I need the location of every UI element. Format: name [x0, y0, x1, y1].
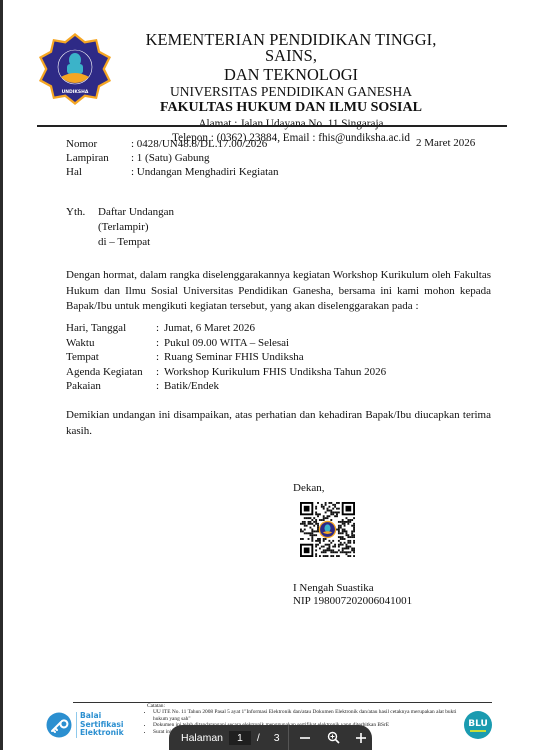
detail-row: Pakaian:Batik/Endek	[66, 379, 386, 394]
bse-text: Balai Sertifikasi Elektronik	[76, 712, 124, 737]
event-details: Hari, Tanggal:Jumat, 6 Maret 2026 Waktu:…	[66, 321, 386, 394]
meta-row-nomor: Nomor : 0428/UN48.8/DL.17.00/2026	[66, 137, 279, 151]
detail-row: Waktu:Pukul 09.00 WITA – Selesai	[66, 336, 386, 351]
zoom-out-button[interactable]	[295, 727, 317, 749]
opening-paragraph: Dengan hormat, dalam rangka diselenggara…	[66, 268, 491, 315]
zoom-fit-button[interactable]	[322, 727, 344, 749]
detail-value: Workshop Kurikulum FHIS Undiksha Tahun 2…	[164, 365, 386, 380]
meta-value: : 0428/UN48.8/DL.17.00/2026	[131, 137, 267, 151]
page-label: Halaman	[181, 732, 223, 744]
closing-paragraph: Demikian undangan ini disampaikan, atas …	[66, 408, 491, 439]
addressee-line: Daftar Undangan	[98, 205, 174, 220]
letterhead: KEMENTERIAN PENDIDIKAN TINGGI, SAINS, DA…	[123, 32, 459, 144]
document-page: UNDIKSHA KEMENTERIAN PENDIDIKAN TINGGI, …	[3, 0, 536, 750]
blu-logo: BLU	[464, 711, 492, 739]
pdf-viewer-toolbar: Halaman 1 / 3	[169, 725, 372, 750]
meta-row-lampiran: Lampiran : 1 (Satu) Gabung	[66, 151, 279, 165]
meta-label: Nomor	[66, 137, 131, 151]
meta-label: Lampiran	[66, 151, 131, 165]
letterhead-rule	[37, 125, 507, 127]
total-pages: 3	[274, 732, 280, 744]
current-page-input[interactable]: 1	[229, 731, 251, 745]
detail-label: Agenda Kegiatan	[66, 365, 156, 380]
meta-label: Hal	[66, 165, 131, 179]
addressee-line: (Terlampir)	[98, 220, 149, 235]
detail-row: Hari, Tanggal:Jumat, 6 Maret 2026	[66, 321, 386, 336]
meta-value: : Undangan Menghadiri Kegiatan	[131, 165, 279, 179]
detail-label: Tempat	[66, 350, 156, 365]
bse-key-icon	[46, 712, 72, 738]
detail-row: Agenda Kegiatan:Workshop Kurikulum FHIS …	[66, 365, 386, 380]
meta-value: : 1 (Satu) Gabung	[131, 151, 210, 165]
minus-icon	[299, 732, 311, 744]
detail-label: Hari, Tanggal	[66, 321, 156, 336]
addressee-line: di – Tempat	[98, 235, 150, 250]
ministry-line-2: DAN TEKNOLOGI	[123, 67, 459, 83]
signatory: I Nengah Suastika NIP 198007202006041001	[293, 582, 412, 608]
university-name: UNIVERSITAS PENDIDIKAN GANESHA	[123, 85, 459, 99]
signatory-name: I Nengah Suastika	[293, 582, 412, 595]
signatory-nip: NIP 198007202006041001	[293, 595, 412, 608]
detail-value: Jumat, 6 Maret 2026	[164, 321, 255, 336]
undiksha-logo-icon: UNDIKSHA	[37, 31, 113, 107]
plus-icon	[355, 732, 367, 744]
toolbar-divider	[288, 725, 289, 750]
note-item: UU ITE No. 11 Tahun 2008 Pasal 5 ayat 1"…	[153, 709, 465, 722]
bse-logo: Balai Sertifikasi Elektronik	[46, 712, 124, 738]
detail-value: Pukul 09.00 WITA – Selesai	[164, 336, 289, 351]
zoom-in-button[interactable]	[350, 727, 372, 749]
detail-label: Pakaian	[66, 379, 156, 394]
addressee: Yth.Daftar Undangan (Terlampir) di – Tem…	[66, 205, 174, 251]
letter-meta: Nomor : 0428/UN48.8/DL.17.00/2026 Lampir…	[66, 137, 279, 180]
page-separator: /	[257, 732, 260, 744]
magnifier-icon	[327, 731, 340, 744]
detail-label: Waktu	[66, 336, 156, 351]
detail-value: Ruang Seminar FHIS Undiksha	[164, 350, 304, 365]
qr-code-icon	[300, 502, 355, 557]
signature-title: Dekan,	[293, 482, 324, 495]
detail-row: Tempat:Ruang Seminar FHIS Undiksha	[66, 350, 386, 365]
svg-text:UNDIKSHA: UNDIKSHA	[62, 89, 89, 95]
meta-row-hal: Hal : Undangan Menghadiri Kegiatan	[66, 165, 279, 179]
faculty-name: FAKULTAS HUKUM DAN ILMU SOSIAL	[123, 101, 459, 115]
detail-value: Batik/Endek	[164, 379, 219, 394]
ministry-line-1: KEMENTERIAN PENDIDIKAN TINGGI, SAINS,	[123, 32, 459, 65]
letter-date: 2 Maret 2026	[416, 137, 475, 149]
addressee-prefix: Yth.	[66, 205, 98, 220]
